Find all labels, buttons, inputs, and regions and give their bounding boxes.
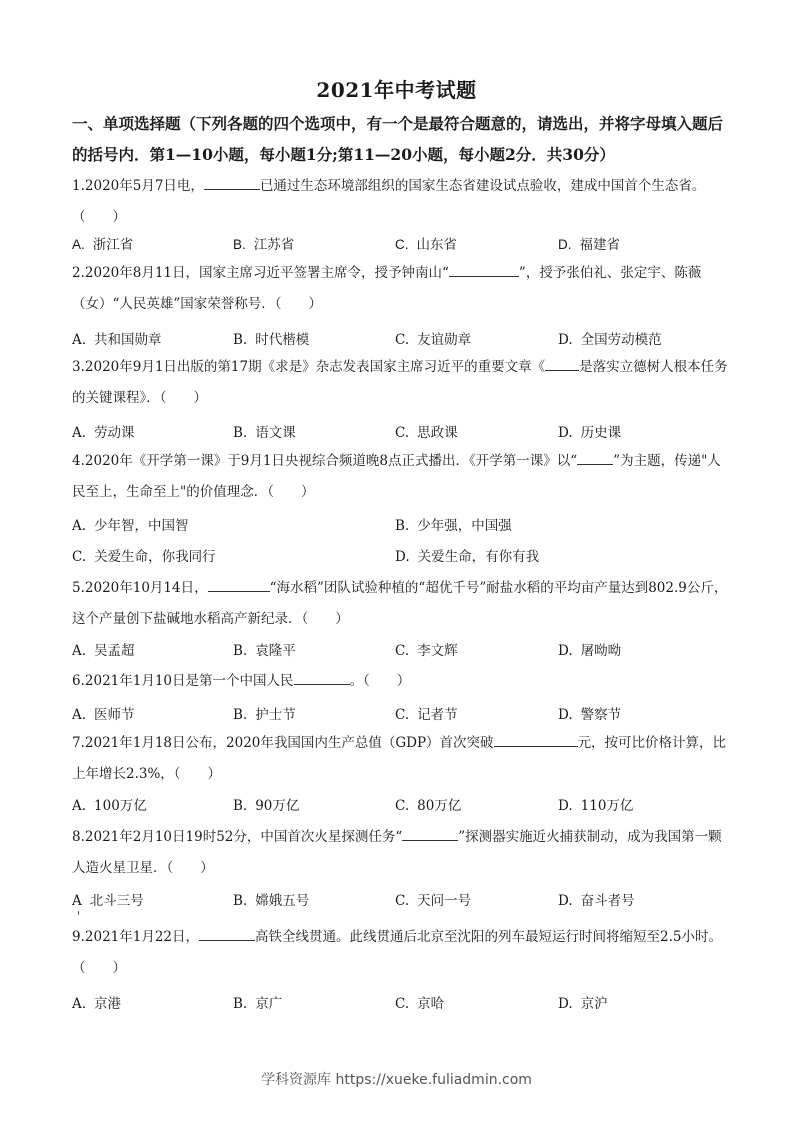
option-b[interactable]: B.袁隆平 [233,639,296,659]
answer-blank [294,670,350,685]
answer-blank [577,450,613,465]
option-text: 京广 [255,996,282,1012]
question-2: 2.2020年8月11日，国家主席习近平签署主席令，授予钟南山“”，授予张伯礼、… [72,258,732,320]
option-text: 警察节 [581,707,622,723]
option-letter: D. [558,707,573,723]
option-d[interactable]: D.屠呦呦 [558,639,621,659]
options-row-3: A.劳动课 B.语文课 C.思政课 D.历史课 [72,421,732,445]
option-a[interactable]: A.少年智，中国智 [72,514,189,534]
option-letter: B. [233,332,247,348]
question-stem-cont: 。（ ） [350,673,411,689]
question-number: 1. [72,178,85,194]
option-text: 李文辉 [417,643,458,659]
option-text: 历史课 [581,425,622,441]
footer-watermark: 学科资源库 https://xueke.fuliadmin.com [0,1069,793,1089]
option-c[interactable]: C.记者节 [395,703,458,723]
option-letter: D. [558,798,573,814]
option-a[interactable]: A.劳动课 [72,421,135,441]
question-1: 1.2020年5月7日电，已通过生态环境部组织的国家生态省建设试点验收，建成中国… [72,171,732,233]
option-text: 友谊勋章 [417,332,471,348]
option-text: 医师节 [94,707,135,723]
option-text: 北斗三号 [90,893,144,909]
option-letter: C. [395,643,409,659]
option-text: 90万亿 [255,798,299,814]
exam-page: 2021年中考试题 一、单项选择题（下列各题的四个选项中，有一个是最符合题意的，… [0,0,793,1122]
option-text: 护士节 [255,707,296,723]
option-text: 江苏省 [254,237,295,253]
question-stem: 2021年1月18日公布，2020年我国国内生产总值（GDP）首次突破 [85,735,494,751]
question-number: 3. [72,359,85,375]
option-letter: D. [558,643,573,659]
option-letter: B. [233,798,247,814]
question-stem: 2020年8月11日，国家主席习近平签署主席令，授予钟南山“ [85,265,449,281]
option-text: 京哈 [417,996,444,1012]
options-row-7: A.100万亿 B.90万亿 C.80万亿 D.110万亿 [72,794,732,818]
question-5: 5.2020年10月14日，“海水稻”团队试验种植的“超优千号”耐盐水稻的平均亩… [72,573,732,635]
option-d[interactable]: D.全国劳动模范 [558,328,662,348]
question-3: 3.2020年9月1日出版的第17期《求是》杂志发表国家主席习近平的重要文章《是… [72,352,732,414]
answer-blank [545,356,579,371]
option-letter: D. [395,549,410,565]
option-c[interactable]: C.天问一号 [395,889,471,909]
option-text: 全国劳动模范 [581,332,662,348]
question-stem: 2021年2月10日19时52分，中国首次火星探测任务“ [85,829,402,845]
option-text: 关爱生命，你我同行 [94,549,216,565]
option-text: 屠呦呦 [581,643,622,659]
page-title: 2021年中考试题 [0,74,793,103]
question-6: 6.2021年1月10日是第一个中国人民。（ ） [72,666,732,697]
option-c[interactable]: C.关爱生命，你我同行 [72,545,216,565]
question-stem: 2020年《开学第一课》于9月1日央视综合频道晚8点正式播出．《开学第一课》以“ [85,453,577,469]
option-text: 浙江省 [93,237,134,253]
stray-scan-mark [78,911,79,915]
option-a[interactable]: A北斗三号 [72,889,144,909]
question-number: 8. [72,829,85,845]
options-row-5: A.吴孟超 B.袁隆平 C.李文辉 D.屠呦呦 [72,639,732,663]
option-b[interactable]: B.护士节 [233,703,296,723]
option-b[interactable]: B.时代楷模 [233,328,309,348]
answer-blank [449,262,519,277]
option-c[interactable]: C.京哈 [395,992,444,1012]
option-letter: C. [395,893,409,909]
option-b[interactable]: B.少年强，中国强 [395,514,512,534]
question-number: 5. [72,580,85,596]
option-text: 110万亿 [581,798,634,814]
answer-blank [204,175,260,190]
option-letter: A. [72,798,86,814]
answer-blank [494,732,578,747]
option-letter: D. [558,893,573,909]
option-a[interactable]: A.京港 [72,992,121,1012]
option-d[interactable]: D.关爱生命，有你有我 [395,545,539,565]
option-text: 奋斗者号 [581,893,635,909]
options-row-8: A北斗三号 B.嫦娥五号 C.天问一号 D.奋斗者号 [72,889,732,913]
question-number: 6. [72,673,85,689]
question-4: 4.2020年《开学第一课》于9月1日央视综合频道晚8点正式播出．《开学第一课》… [72,446,732,508]
question-stem: 2020年9月1日出版的第17期《求是》杂志发表国家主席习近平的重要文章《 [85,359,545,375]
option-d[interactable]: D.京沪 [558,992,608,1012]
option-d[interactable]: D.福建省 [558,233,620,253]
section-heading: 一、单项选择题（下列各题的四个选项中，有一个是最符合题意的，请选出，并将字母填入… [72,108,732,170]
option-c[interactable]: C.山东省 [395,233,457,253]
option-text: 京港 [94,996,121,1012]
option-letter: C. [395,996,409,1012]
option-letter: C. [395,425,409,441]
option-c[interactable]: C.李文辉 [395,639,458,659]
option-text: 关爱生命，有你有我 [418,549,540,565]
option-b[interactable]: B.嫦娥五号 [233,889,309,909]
option-c[interactable]: C.友谊勋章 [395,328,471,348]
question-7: 7.2021年1月18日公布，2020年我国国内生产总值（GDP）首次突破元，按… [72,728,732,790]
answer-blank [199,926,255,941]
option-b[interactable]: B.语文课 [233,421,296,441]
option-text: 语文课 [255,425,296,441]
option-letter: A. [72,996,86,1012]
option-letter: A. [72,707,86,723]
options-row-2: A.共和国勋章 B.时代楷模 C.友谊勋章 D.全国劳动模范 [72,328,732,352]
option-letter: A. [72,237,85,252]
question-stem: 2020年5月7日电， [85,178,204,194]
option-text: 天问一号 [417,893,471,909]
option-text: 山东省 [417,237,458,253]
option-letter: C. [395,332,409,348]
option-letter: D. [558,996,573,1012]
option-d[interactable]: D.110万亿 [558,794,633,814]
option-letter: A. [72,518,86,534]
option-a[interactable]: A.100万亿 [72,794,147,814]
option-letter: A. [72,425,86,441]
option-text: 共和国勋章 [94,332,162,348]
option-letter: B. [233,643,247,659]
option-letter: D. [558,425,573,441]
option-letter: B. [233,237,246,252]
option-text: 嫦娥五号 [255,893,309,909]
option-d[interactable]: D.奋斗者号 [558,889,635,909]
option-letter: B. [233,425,247,441]
options-row-1: A.浙江省 B.江苏省 C.山东省 D.福建省 [72,233,732,257]
option-letter: C. [395,707,409,723]
answer-blank [208,577,270,592]
option-letter: B. [395,518,409,534]
option-b[interactable]: B.京广 [233,992,282,1012]
option-letter: B. [233,996,247,1012]
option-text: 少年智，中国智 [94,518,189,534]
option-text: 思政课 [417,425,458,441]
option-c[interactable]: C.80万亿 [395,794,461,814]
option-letter: D. [558,237,572,252]
options-row-4b: C.关爱生命，你我同行 D.关爱生命，有你有我 [72,545,732,569]
option-letter: C. [395,798,409,814]
question-8: 8.2021年2月10日19时52分，中国首次火星探测任务“”探测器实施近火捕获… [72,822,732,884]
option-text: 记者节 [417,707,458,723]
question-9: 9.2021年1月22日，高铁全线贯通。此线贯通后北京至沈阳的列车最短运行时间将… [72,922,732,984]
option-text: 吴孟超 [94,643,135,659]
option-c[interactable]: C.思政课 [395,421,458,441]
option-d[interactable]: D.历史课 [558,421,621,441]
option-letter: A. [72,643,86,659]
option-text: 少年强，中国强 [417,518,512,534]
option-a[interactable]: A.共和国勋章 [72,328,162,348]
option-letter: A [72,893,82,909]
question-number: 7. [72,735,85,751]
option-letter: D. [558,332,573,348]
option-letter: B. [233,893,247,909]
options-row-6: A.医师节 B.护士节 C.记者节 D.警察节 [72,703,732,727]
option-letter: C. [72,549,86,565]
option-a[interactable]: A.吴孟超 [72,639,135,659]
option-a[interactable]: A.浙江省 [72,233,133,253]
option-text: 袁隆平 [255,643,296,659]
options-row-9: A.京港 B.京广 C.京哈 D.京沪 [72,992,732,1016]
question-number: 9. [72,929,85,945]
option-text: 劳动课 [94,425,135,441]
option-letter: B. [233,707,247,723]
question-number: 4. [72,453,85,469]
option-text: 100万亿 [94,798,147,814]
option-text: 京沪 [581,996,608,1012]
option-letter: C. [395,237,409,252]
option-letter: A. [72,332,86,348]
question-stem: 2020年10月14日， [85,580,208,596]
option-text: 时代楷模 [255,332,309,348]
option-text: 80万亿 [417,798,461,814]
option-b[interactable]: B.90万亿 [233,794,299,814]
question-stem: 2021年1月10日是第一个中国人民 [85,673,294,689]
question-stem: 2021年1月22日， [85,929,199,945]
option-a[interactable]: A.医师节 [72,703,135,723]
options-row-4a: A.少年智，中国智 B.少年强，中国强 [72,514,732,538]
question-number: 2. [72,265,85,281]
option-text: 福建省 [580,237,621,253]
option-d[interactable]: D.警察节 [558,703,621,723]
answer-blank [402,826,458,841]
option-b[interactable]: B.江苏省 [233,233,294,253]
